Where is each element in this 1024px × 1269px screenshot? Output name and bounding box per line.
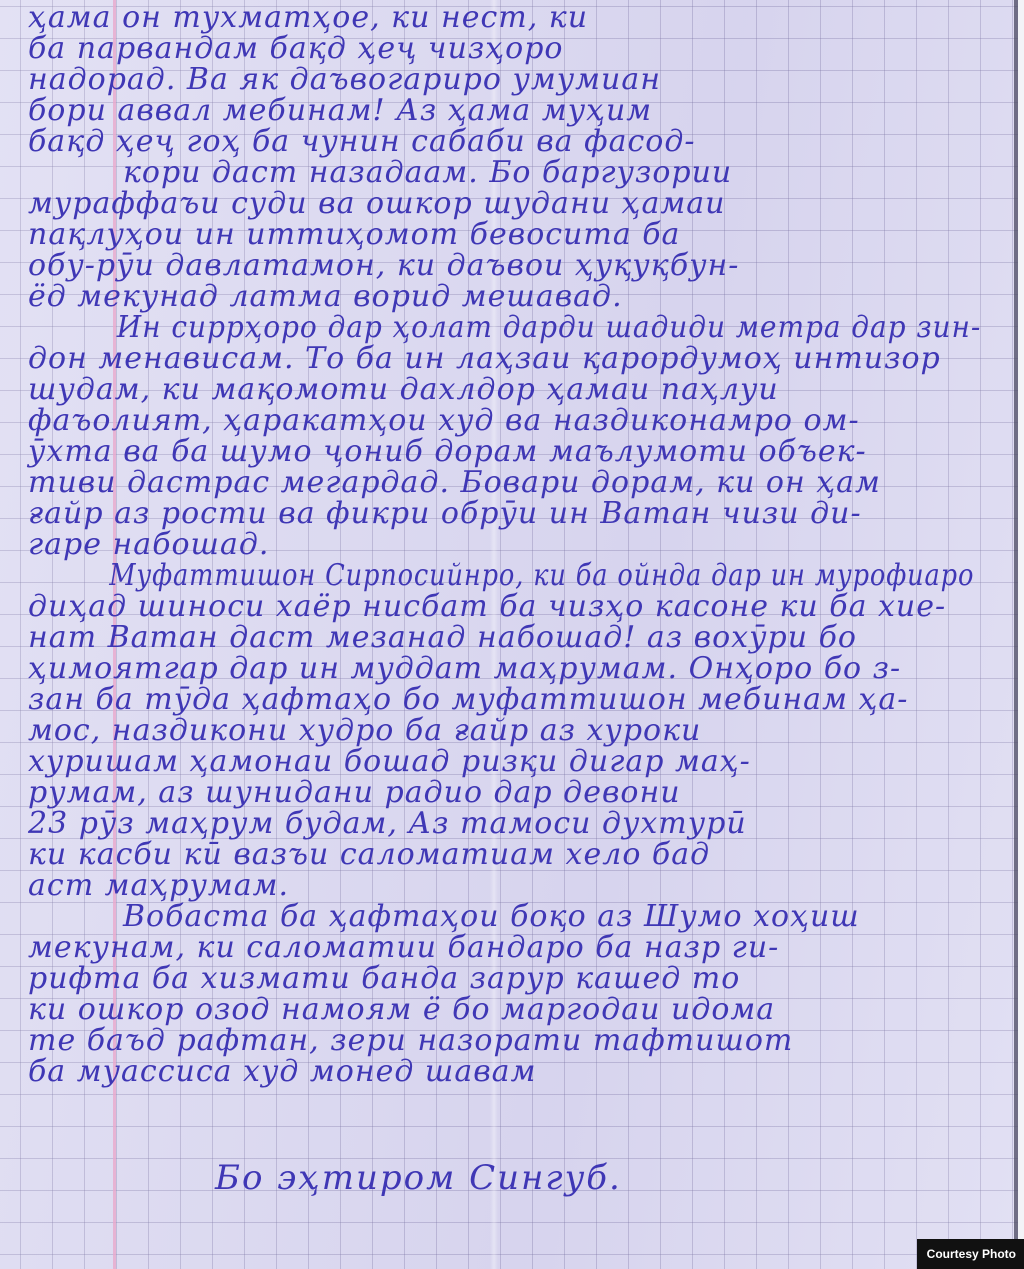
handwritten-line: пақлуҳои ин иттиҳомот бевосита ба: [28, 219, 988, 250]
handwritten-line: ба парвандам бақд ҳеҷ чизҳоро: [28, 33, 988, 64]
handwritten-line: мос, наздикони худро ба ғайр аз хуроки: [28, 715, 988, 746]
handwritten-line: диҳад шиноси хаёр нисбат ба чизҳо касоне…: [28, 591, 988, 622]
handwritten-line: Ин сиррҳоро дар ҳолат дарди шадиди метра…: [28, 312, 925, 343]
credit-badge: Courtesy Photo: [917, 1239, 1024, 1269]
handwritten-line: аст маҳрумам.: [28, 870, 988, 901]
handwritten-line: те баъд рафтан, зери назорати тафтишот: [28, 1025, 988, 1056]
handwritten-line: Муфаттишон Сирпосийнро, ки ба ойнда дар …: [28, 560, 849, 591]
signature: Бо эҳтиром Сингуб.: [215, 1158, 622, 1198]
handwritten-line: хуришам ҳамонаи бошад ризқи дигар маҳ-: [28, 746, 988, 777]
handwritten-line: ғайр аз рости ва фикри обрӯи ин Ватан чи…: [28, 498, 988, 529]
handwritten-line: обу-рӯи давлатамон, ки даъвои ҳуқуқбун-: [28, 250, 988, 281]
handwritten-line: румам, аз шунидани радио дар девони: [28, 777, 988, 808]
handwritten-line: 23 рӯз маҳрум будам, Аз тамоси духтурӣ: [28, 808, 988, 839]
handwritten-line: кори даст назадаам. Бо баргузории: [28, 157, 988, 188]
paper-edge-shadow: [1018, 0, 1024, 1269]
handwritten-line: дон менависам. То ба ин лаҳзаи қарордумо…: [28, 343, 988, 374]
handwritten-line: ӯхта ва ба шумо ҷониб дорам маълумоти об…: [28, 436, 988, 467]
handwritten-line: шудам, ки мақомоти дахлдор ҳамаи паҳлуи: [28, 374, 988, 405]
letter-body: ҳама он тухматҳое, ки нест, киба парванд…: [28, 2, 988, 1087]
handwritten-line: Вобаста ба ҳафтаҳои боқо аз Шумо хоҳиш: [28, 901, 988, 932]
handwritten-line: мураффаъи суди ва ошкор шудани ҳамаи: [28, 188, 988, 219]
handwritten-line: ба муассиса худ монед шавам: [28, 1056, 988, 1087]
handwritten-line: мекунам, ки саломатии бандаро ба назр ги…: [28, 932, 988, 963]
handwritten-line: ҳама он тухматҳое, ки нест, ки: [28, 2, 988, 33]
handwritten-line: зан ба тӯда ҳафтаҳо бо муфаттишон мебина…: [28, 684, 988, 715]
paper-edge: [1014, 0, 1018, 1269]
handwritten-line: тиви дастрас мегардад. Бовари дорам, ки …: [28, 467, 988, 498]
handwritten-line: ки ошкор озод намоям ё бо маргодаи идома: [28, 994, 988, 1025]
handwritten-line: ёд мекунад латма ворид мешавад.: [28, 281, 988, 312]
handwritten-line: ки касби кӣ вазъи саломатиам хело бад: [28, 839, 988, 870]
handwritten-line: бақд ҳеҷ гоҳ ба чунин сабаби ва фасод-: [28, 126, 988, 157]
handwritten-line: фаъолият, ҳаракатҳои худ ва наздиконамро…: [28, 405, 988, 436]
handwritten-line: бори аввал мебинам! Аз ҳама муҳим: [28, 95, 988, 126]
handwritten-line: нат Ватан даст мезанад набошад! аз вохӯр…: [28, 622, 988, 653]
handwritten-line: рифта ба хизмати банда зарур кашед то: [28, 963, 988, 994]
handwritten-line: гаре набошад.: [28, 529, 988, 560]
handwritten-line: надорад. Ва як даъвогариро умумиан: [28, 64, 988, 95]
letter-page: ҳама он тухматҳое, ки нест, киба парванд…: [0, 0, 1024, 1269]
handwritten-line: ҳимоятгар дар ин муддат маҳрумам. Онҳоро…: [28, 653, 988, 684]
